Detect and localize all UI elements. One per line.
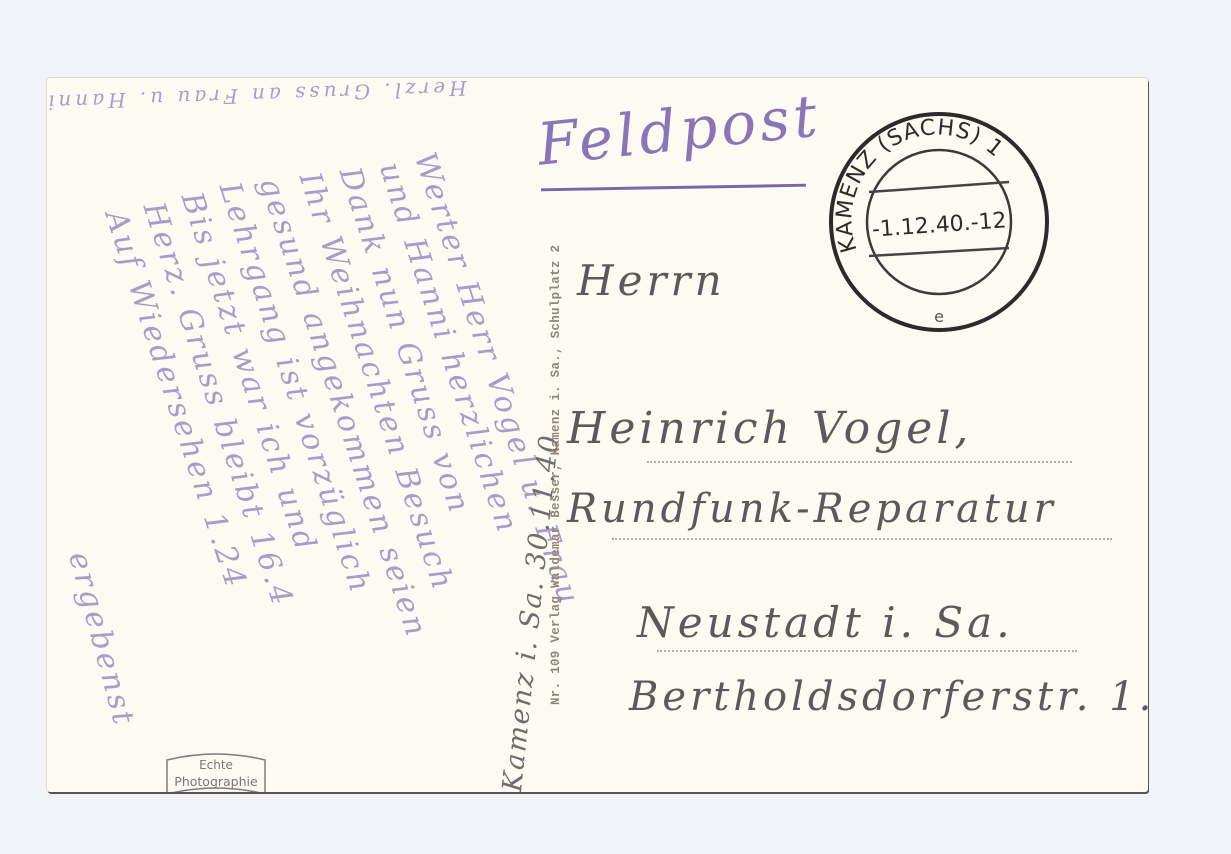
photo-mark-line1: Echte (199, 758, 233, 772)
address-line-3 (657, 650, 1077, 652)
publisher-imprint: Nr. 109 Verlag Waldemar Besser, Kamenz i… (549, 245, 563, 705)
postcard: Herzl. Gruss an Frau u. Hanni Werter Her… (47, 78, 1148, 792)
message-line: ergebenst (61, 548, 141, 731)
echte-photographie-mark: Echte Photographie (165, 750, 267, 792)
recipient-name: Heinrich Vogel, (567, 403, 972, 454)
postmark-letter-code: e (934, 307, 944, 326)
postmark-stamp: KAMENZ (SACHS) 1 -1.12.40.-12 e (827, 110, 1052, 335)
top-edge-note: Herzl. Gruss an Frau u. Hanni (47, 78, 467, 115)
feldpost-label: Feldpost (534, 81, 824, 178)
address-line-1 (647, 461, 1072, 463)
recipient-street: Bertholdsdorferstr. 1. (629, 674, 1148, 720)
feldpost-underline (541, 184, 806, 192)
salutation: Herrn (577, 256, 726, 305)
photo-mark-line2: Photographie (174, 774, 258, 789)
postmark-date: -1.12.40.-12 (871, 208, 1007, 242)
recipient-city: Neustadt i. Sa. (637, 598, 1014, 647)
address-line-2 (612, 538, 1112, 540)
recipient-occupation: Rundfunk-Reparatur (567, 486, 1057, 532)
